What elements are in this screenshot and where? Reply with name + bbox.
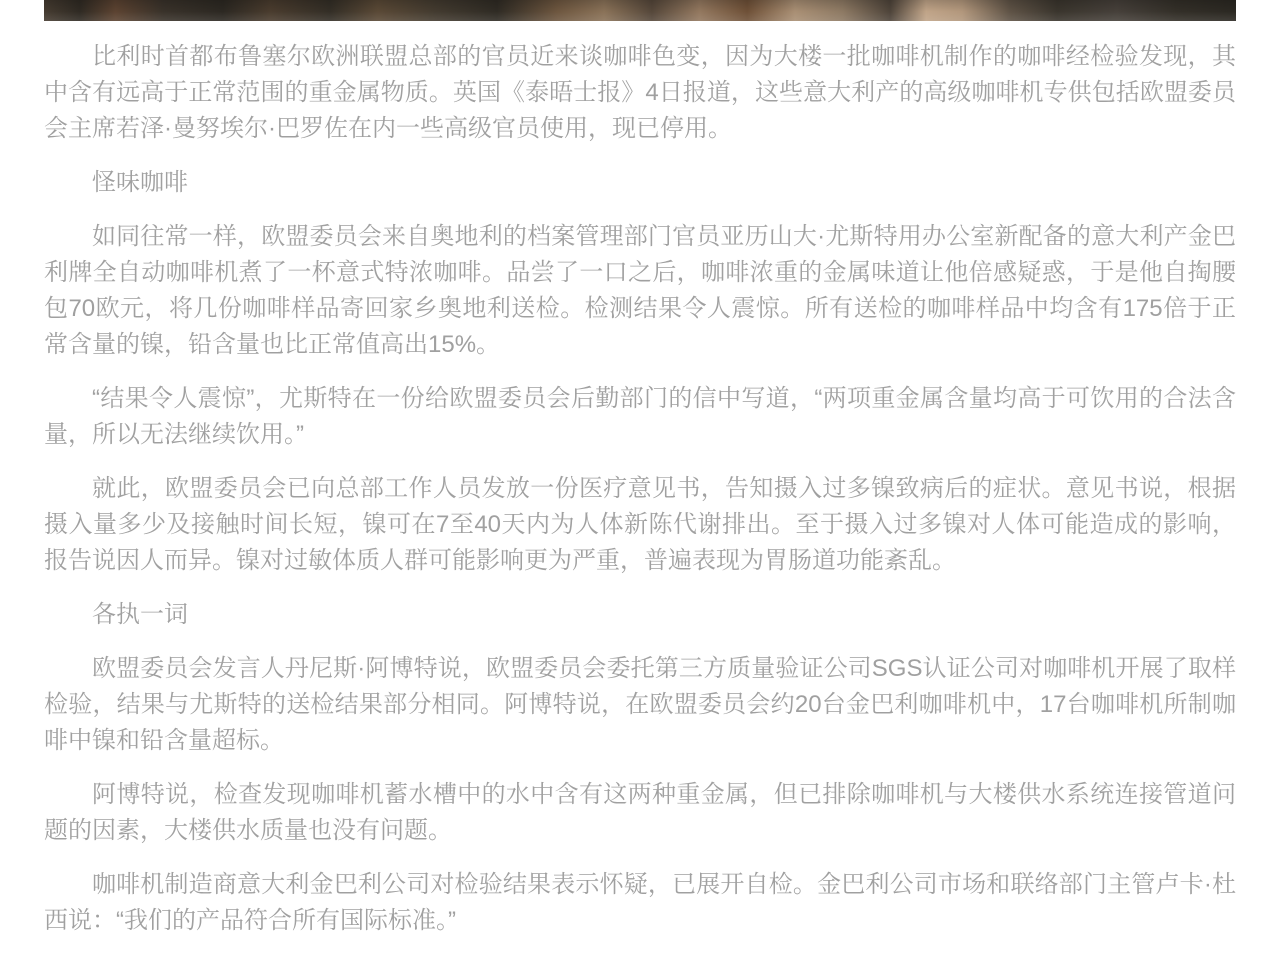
- article-photo-strip: [44, 0, 1236, 21]
- paragraph: 咖啡机制造商意大利金巴利公司对检验结果表示怀疑，已展开自检。金巴利公司市场和联络…: [44, 867, 1236, 939]
- section-heading-dispute: 各执一词: [44, 597, 1236, 633]
- paragraph: 阿博特说，检查发现咖啡机蓄水槽中的水中含有这两种重金属，但已排除咖啡机与大楼供水…: [44, 777, 1236, 849]
- paragraph: 如同往常一样，欧盟委员会来自奥地利的档案管理部门官员亚历山大·尤斯特用办公室新配…: [44, 219, 1236, 363]
- section-heading-odd-coffee: 怪味咖啡: [44, 165, 1236, 201]
- paragraph: 就此，欧盟委员会已向总部工作人员发放一份医疗意见书，告知摄入过多镍致病后的症状。…: [44, 471, 1236, 579]
- paragraph: 欧盟委员会发言人丹尼斯·阿博特说，欧盟委员会委托第三方质量验证公司SGS认证公司…: [44, 651, 1236, 759]
- paragraph: “结果令人震惊”，尤斯特在一份给欧盟委员会后勤部门的信中写道，“两项重金属含量均…: [44, 381, 1236, 453]
- paragraph-lead: 比利时首都布鲁塞尔欧洲联盟总部的官员近来谈咖啡色变，因为大楼一批咖啡机制作的咖啡…: [44, 39, 1236, 147]
- article-body: 比利时首都布鲁塞尔欧洲联盟总部的官员近来谈咖啡色变，因为大楼一批咖啡机制作的咖啡…: [44, 39, 1236, 939]
